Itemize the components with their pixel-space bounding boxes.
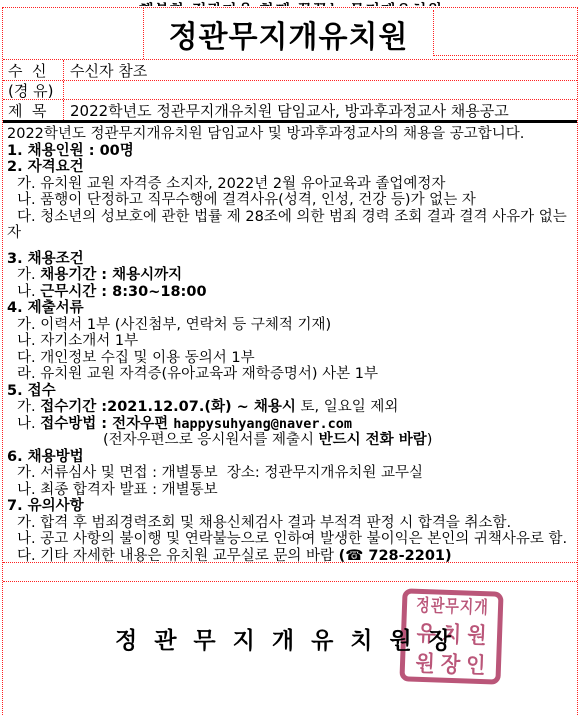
- body-line: 가. 유치원 교원 자격증 소지자, 2022년 2월 유아교육과 졸업예정자: [7, 176, 573, 193]
- clipped-top-slogan: 행복한 정관마을 함께 꿈꾸는 무지개유치원: [0, 0, 582, 6]
- body-text: 2022학년도 정관무지개유치원 담임교사 및 방과후과정교사의 채용을 공고합…: [3, 123, 577, 563]
- body-segment: 가. 유치원 교원 자격증 소지자, 2022년 2월 유아교육과 졸업예정자: [17, 176, 445, 192]
- kindergarten-title: 정관무지개유치원: [144, 8, 433, 59]
- body-line: 다. 개인정보 수집 및 이용 동의서 1부: [7, 350, 573, 367]
- signer-title: 정관무지개유치원장: [115, 622, 468, 655]
- body-line: 가. 이력서 1부 (사진첨부, 연락처 등 구체적 기재): [7, 317, 573, 334]
- body-segment: 나. 자기소개서 1부: [17, 333, 138, 349]
- body-segment: 2022학년도 정관무지개유치원 담임교사 및 방과후과정교사의 채용을 공고합…: [7, 126, 524, 142]
- body-line: [7, 242, 573, 251]
- body-segment: 반드시 전화 바람: [319, 432, 427, 448]
- body-segment: 라. 유치원 교원 자격증(유아교육과 재학증명서) 사본 1부: [17, 366, 378, 382]
- body-line: 가. 접수기간 :2021.12.07.(화) ~ 채용시 토, 일요일 제외: [7, 399, 573, 416]
- body-line: 5. 접수: [7, 383, 573, 400]
- body-line: 1. 채용인원 : 00명: [7, 143, 573, 160]
- subject-row: 제 목 2022학년도 정관무지개유치원 담임교사, 방과후과정교사 채용공고: [3, 100, 577, 123]
- body-line: 자: [7, 225, 573, 242]
- body-line: 다. 청소년의 성보호에 관한 법률 제 28조에 의한 범죄 경력 조회 결과…: [7, 209, 573, 226]
- body-segment: happysuhyang@naver.com: [173, 416, 352, 432]
- body-line: 다. 기타 자세한 내용은 유치원 교무실로 문의 바람 (☎ 728-2201…: [7, 548, 573, 564]
- body-line: 나. 접수방법 : 전자우편 happysuhyang@naver.com: [7, 416, 573, 433]
- body-segment: 자: [7, 225, 21, 241]
- body-line: 7. 유의사항: [7, 498, 573, 515]
- body-line: 나. 공고 사항의 불이행 및 연락불능으로 인하여 발생한 불이익은 본인의 …: [7, 531, 573, 548]
- body-segment: (전자우편으로 응시원서를 제출시: [103, 432, 319, 448]
- body-segment: 4. 제출서류: [7, 300, 84, 316]
- official-document-frame: 정관무지개유치원 수 신 수신자 참조 (경 유) 제 목 2022학년도 정관…: [2, 7, 578, 715]
- body-segment: 가.: [17, 399, 40, 415]
- body-segment: 가. 합격 후 범죄경력조회 및 채용신체검사 결과 부적격 판정 시 합격을 …: [17, 515, 511, 531]
- body-line: 가. 채용기간 : 채용시까지: [7, 267, 573, 284]
- body-line: 나. 근무시간 : 8:30~18:00: [7, 284, 573, 301]
- body-segment: 나. 품행이 단정하고 직무수행에 결격사유(성격, 인성, 건강 등)가 없는…: [17, 192, 476, 208]
- body-line: 나. 최종 합격자 발표 : 개별통보: [7, 482, 573, 499]
- letterhead-left-cell: [3, 8, 144, 59]
- via-row: (경 유): [3, 81, 577, 100]
- spacer-row: [3, 563, 577, 582]
- letterhead-right-cell: [433, 10, 577, 56]
- via-label: (경 유): [3, 81, 64, 99]
- body-line: 2022학년도 정관무지개유치원 담임교사 및 방과후과정교사의 채용을 공고합…: [7, 126, 573, 143]
- body-segment: 접수기간 :2021.12.07.(화) ~ 채용시: [40, 399, 296, 415]
- body-segment: 토, 일요일 제외: [296, 399, 398, 415]
- body-segment: 7. 유의사항: [7, 498, 84, 514]
- recipient-value: 수신자 참조: [64, 60, 147, 81]
- clipped-top-slogan-text: 행복한 정관마을 함께 꿈꾸는 무지개유치원: [139, 0, 443, 6]
- body-segment: 가. 이력서 1부 (사진첨부, 연락처 등 구체적 기재): [17, 317, 331, 333]
- body-line: 3. 채용조건: [7, 251, 573, 268]
- body-segment: 1. 채용인원 : 00명: [7, 143, 134, 159]
- body-segment: 다. 개인정보 수집 및 이용 동의서 1부: [17, 350, 255, 366]
- body-line: (전자우편으로 응시원서를 제출시 반드시 전화 바람): [7, 432, 573, 449]
- body-segment: 6. 채용방법: [7, 449, 84, 465]
- body-line: 나. 품행이 단정하고 직무수행에 결격사유(성격, 인성, 건강 등)가 없는…: [7, 192, 573, 209]
- body-segment: (☎ 728-2201): [339, 548, 452, 564]
- subject-label: 제 목: [3, 100, 64, 120]
- recipient-label: 수 신: [3, 60, 64, 80]
- body-segment: 다. 청소년의 성보호에 관한 법률 제 28조에 의한 범죄 경력 조회 결과…: [17, 209, 567, 225]
- body-line: 가. 서류심사 및 면접 : 개별통보 장소: 정관무지개유치원 교무실: [7, 465, 573, 482]
- body-segment: 나.: [17, 284, 40, 300]
- document-page: 행복한 정관마을 함께 꿈꾸는 무지개유치원 정관무지개유치원 수 신 수신자 …: [0, 0, 582, 715]
- body-segment: 5. 접수: [7, 383, 56, 399]
- body-segment: 가. 서류심사 및 면접 : 개별통보 장소: 정관무지개유치원 교무실: [17, 465, 423, 481]
- body-line: 라. 유치원 교원 자격증(유아교육과 재학증명서) 사본 1부: [7, 366, 573, 383]
- recipient-row: 수 신 수신자 참조: [3, 60, 577, 81]
- body-segment: 다. 기타 자세한 내용은 유치원 교무실로 문의 바람: [17, 548, 339, 564]
- body-segment: 채용기간 : 채용시까지: [40, 267, 182, 283]
- body-segment: 접수방법 : 전자우편: [40, 416, 173, 432]
- body-segment: 3. 채용조건: [7, 251, 84, 267]
- signature-area: 정관무지개유치원장 정관무지개 유치원 원장인: [3, 582, 577, 706]
- body-line: 6. 채용방법: [7, 449, 573, 466]
- body-segment: 가.: [17, 267, 40, 283]
- body-segment: 근무시간 : 8:30~18:00: [40, 284, 206, 300]
- body-segment: 나.: [17, 416, 40, 432]
- body-line: 2. 자격요건: [7, 159, 573, 176]
- subject-value: 2022학년도 정관무지개유치원 담임교사, 방과후과정교사 채용공고: [64, 100, 509, 121]
- body-line: 나. 자기소개서 1부: [7, 333, 573, 350]
- letterhead-row: 정관무지개유치원: [3, 8, 577, 60]
- body-segment: 나. 최종 합격자 발표 : 개별통보: [17, 482, 218, 498]
- body-segment: 2. 자격요건: [7, 159, 84, 175]
- body-line: 4. 제출서류: [7, 300, 573, 317]
- body-segment: 나. 공고 사항의 불이행 및 연락불능으로 인하여 발생한 불이익은 본인의 …: [17, 531, 567, 547]
- body-line: 가. 합격 후 범죄경력조회 및 채용신체검사 결과 부적격 판정 시 합격을 …: [7, 515, 573, 532]
- body-segment: ): [427, 432, 433, 448]
